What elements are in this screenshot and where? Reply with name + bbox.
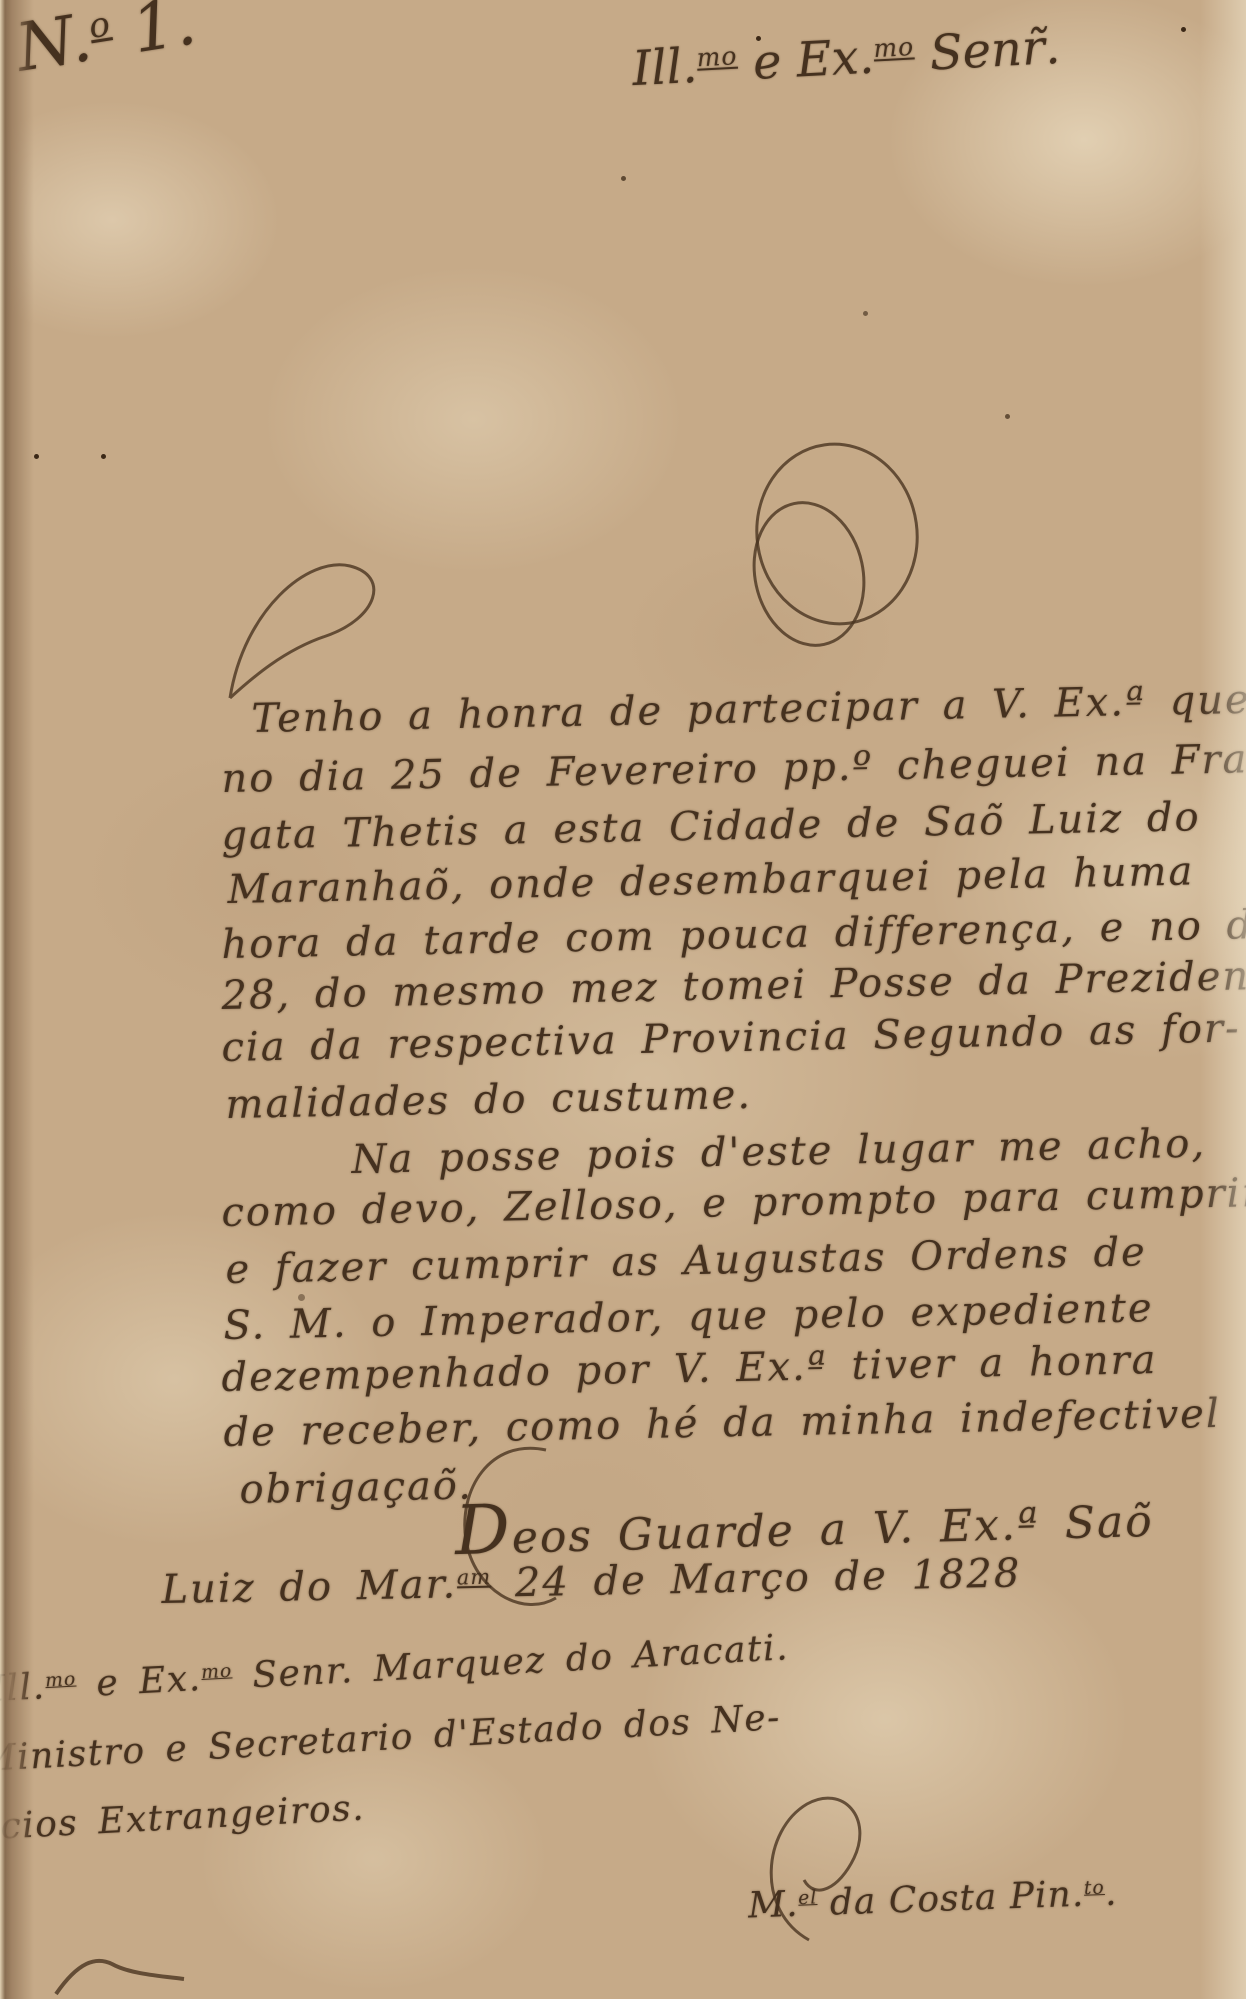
body-line: Maranhaõ, onde desembarquei pela huma [227, 847, 1195, 914]
address-line-recipient: Ill.mo e Ex.mo Senr. Marquez do Aracati. [0, 1626, 790, 1711]
ornamental-flourish-tenho [222, 548, 472, 708]
address-line-title: Ministro e Secretario d'Estado dos Ne- [0, 1696, 782, 1781]
cut-off-pen-stroke [50, 1948, 190, 1998]
body-line: Tenho a honra de partecipar a V. Ex.ª qu… [251, 676, 1246, 743]
ink-specks [0, 0, 3, 3]
date-line: Luiz do Mar.am 24 de Março de 1828 [161, 1550, 1022, 1614]
signature-flourish [733, 1788, 883, 1953]
signature: M.el da Costa Pin.to. [747, 1872, 1118, 1928]
body-line: e fazer cumprir as Augustas Ordens de [225, 1228, 1147, 1294]
closing-obrigacao: obrigaçaõ. [239, 1462, 473, 1514]
body-line: de receber, como hé da minha indefective… [223, 1390, 1221, 1457]
ornamental-flourish-vexa [735, 438, 930, 663]
address-line-title-cont: gocios Extrangeiros. [0, 1786, 366, 1851]
body-line: malidades do custume. [225, 1071, 752, 1129]
manuscript-page: N.o 1. Ill.mo e Ex.mo Senr̃. Tenho a hon… [0, 0, 1246, 1999]
salutation: Ill.mo e Ex.mo Senr̃. [631, 23, 1061, 93]
body-line: no dia 25 de Fevereiro pp.º cheguei na F… [221, 735, 1246, 803]
page-number-label: N.o 1. [12, 0, 200, 82]
